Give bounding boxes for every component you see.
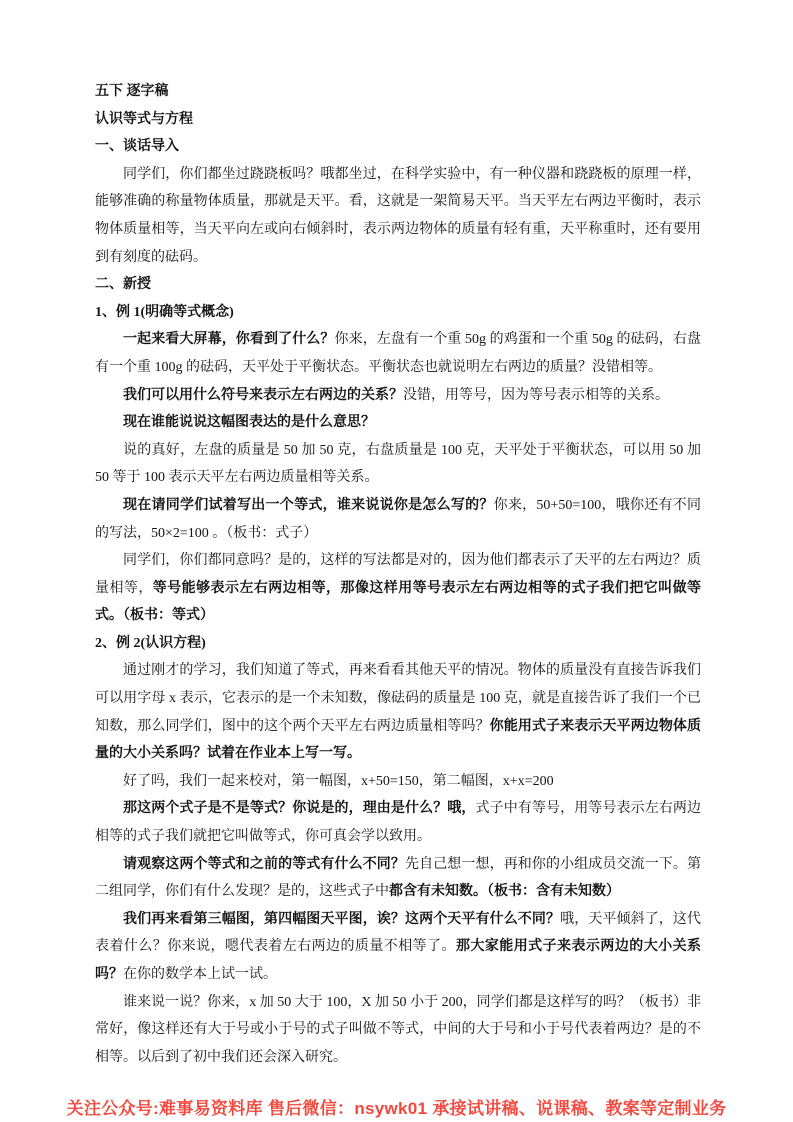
paragraph: 同学们，你们都坐过跷跷板吗？哦都坐过，在科学实验中，有一种仪器和跷跷板的原理一样… [95, 161, 701, 271]
text-run: 在你的数学本上试一试。 [123, 967, 277, 982]
section-heading: 一、谈话导入 [95, 133, 701, 161]
text-run: 说的真好，左盘的质量是 50 加 50 克，右盘质量是 100 克，天平处于平衡… [95, 443, 701, 486]
section-heading: 1、例 1(明确等式概念) [95, 299, 701, 327]
paragraph: 请观察这两个等式和之前的等式有什么不同？先自己想一想，再和你的小组成员交流一下。… [95, 851, 701, 906]
paragraph: 好了吗，我们一起来校对，第一幅图，x+50=150，第二幅图，x+x=200 [95, 768, 701, 796]
paragraph: 现在请同学们试着写出一个等式，谁来说说你是怎么写的？你来，50+50=100，哦… [95, 492, 701, 547]
bold-text-run: 现在谁能说说这幅图表达的是什么意思？ [123, 415, 375, 430]
paragraph: 通过刚才的学习，我们知道了等式，再来看看其他天平的情况。物体的质量没有直接告诉我… [95, 657, 701, 767]
paragraph: 同学们，你们都同意吗？是的，这样的写法都是对的，因为他们都表示了天平的左右两边？… [95, 547, 701, 630]
document-body: 一、谈话导入同学们，你们都坐过跷跷板吗？哦都坐过，在科学实验中，有一种仪器和跷跷… [95, 133, 701, 1071]
paragraph: 一起来看大屏幕，你看到了什么？你来，左盘有一个重 50g 的鸡蛋和一个重 50g… [95, 326, 701, 381]
text-run: 没错，用等号，因为等号表示相等的关系。 [403, 388, 669, 403]
page-title: 五下 逐字稿 [95, 78, 701, 106]
page-subtitle: 认识等式与方程 [95, 106, 701, 134]
text-run: 同学们，你们都坐过跷跷板吗？哦都坐过，在科学实验中，有一种仪器和跷跷板的原理一样… [95, 167, 701, 265]
document-page: 五下 逐字稿 认识等式与方程 一、谈话导入同学们，你们都坐过跷跷板吗？哦都坐过，… [0, 0, 793, 1122]
bold-text-run: 我们再来看第三幅图，第四幅图天平图，诶？这两个天平有什么不同？ [123, 912, 560, 927]
bold-text-run: 那这两个式子是不是等式？你说是的，理由是什么？哦， [123, 801, 476, 816]
bold-text-run: 一、谈话导入 [95, 139, 179, 154]
footer-text: 关注公众号:难事易资料库 售后微信：nsywk01 承接试讲稿、说课稿、教案等定… [67, 1099, 727, 1118]
bold-text-run: 等号能够表示左右两边相等，那像这样用等号表示左右两边相等的式子我们把它叫做等式。… [95, 581, 701, 624]
text-run: 好了吗，我们一起来校对，第一幅图，x+50=150，第二幅图，x+x=200 [123, 774, 554, 789]
paragraph: 那这两个式子是不是等式？你说是的，理由是什么？哦，式子中有等号，用等号表示左右两… [95, 795, 701, 850]
bold-text-run: 我们可以用什么符号来表示左右两边的关系？ [123, 388, 403, 403]
paragraph: 谁来说一说？你来，x 加 50 大于 100，X 加 50 小于 200，同学们… [95, 989, 701, 1072]
document-content: 五下 逐字稿 认识等式与方程 一、谈话导入同学们，你们都坐过跷跷板吗？哦都坐过，… [95, 78, 701, 1071]
paragraph: 现在谁能说说这幅图表达的是什么意思？ [95, 409, 701, 437]
section-heading: 2、例 2(认识方程) [95, 630, 701, 658]
bold-text-run: 1、例 1(明确等式概念) [95, 305, 234, 320]
text-run: 谁来说一说？你来，x 加 50 大于 100，X 加 50 小于 200，同学们… [95, 995, 701, 1065]
section-heading: 二、新授 [95, 271, 701, 299]
bold-text-run: 现在请同学们试着写出一个等式，谁来说说你是怎么写的？ [123, 498, 494, 513]
footer-banner: 关注公众号:难事易资料库 售后微信：nsywk01 承接试讲稿、说课稿、教案等定… [0, 1094, 793, 1119]
bold-text-run: 二、新授 [95, 277, 151, 292]
paragraph: 我们再来看第三幅图，第四幅图天平图，诶？这两个天平有什么不同？哦，天平倾斜了，这… [95, 906, 701, 989]
bold-text-run: 请观察这两个等式和之前的等式有什么不同？ [123, 857, 405, 872]
bold-text-run: 一起来看大屏幕，你看到了什么？ [123, 332, 335, 347]
paragraph: 说的真好，左盘的质量是 50 加 50 克，右盘质量是 100 克，天平处于平衡… [95, 437, 701, 492]
bold-text-run: 都含有未知数。（板书：含有未知数） [389, 884, 620, 899]
paragraph: 我们可以用什么符号来表示左右两边的关系？没错，用等号，因为等号表示相等的关系。 [95, 382, 701, 410]
bold-text-run: 2、例 2(认识方程) [95, 636, 206, 651]
